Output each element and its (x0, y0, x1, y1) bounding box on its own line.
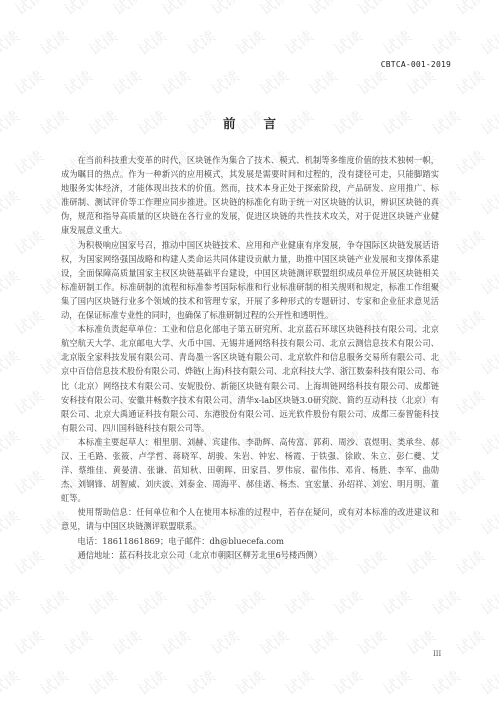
document-code: CBTCA-001-2019 (381, 60, 451, 69)
paragraph-help-info: 使用帮助信息：任何单位和个人在使用本标准的过程中，若存在疑问，或有对本标准的改进… (61, 505, 439, 533)
page-number: III (433, 650, 441, 658)
page-title: 前言 (0, 114, 499, 132)
paragraph-contact: 电话：18611861869；电子邮件：dh@bluecefa.com (61, 534, 439, 548)
paragraph-drafting-units: 本标准负责起草单位：工业和信息化部电子第五研究所、北京蓝石环球区块链科技有限公司… (61, 322, 439, 435)
title-char-2: 言 (264, 114, 277, 132)
paragraph-address: 通信地址：蓝石科技北京公司（北京市朝阳区柳芳北里6号楼西侧） (61, 548, 439, 562)
document-page: CBTCA-001-2019 前言 在当前科技重大变革的时代，区块链作为集合了技… (0, 0, 499, 706)
paragraph-background: 为积极响应国家号召，推动中国区块链技术、应用和产业健康有序发展，争夺国际区块链发… (61, 238, 439, 323)
paragraph-intro: 在当前科技重大变革的时代，区块链作为集合了技术、模式、机制等多维度价值的技术独树… (61, 153, 439, 238)
paragraph-drafters: 本标准主要起草人：相里朋、刘赫、宾建伟、李劭辉、高传富、郭莉、周沙、袁煜明、类承… (61, 435, 439, 505)
title-char-1: 前 (223, 114, 236, 132)
preface-body: 在当前科技重大变革的时代，区块链作为集合了技术、模式、机制等多维度价值的技术独树… (61, 153, 439, 562)
